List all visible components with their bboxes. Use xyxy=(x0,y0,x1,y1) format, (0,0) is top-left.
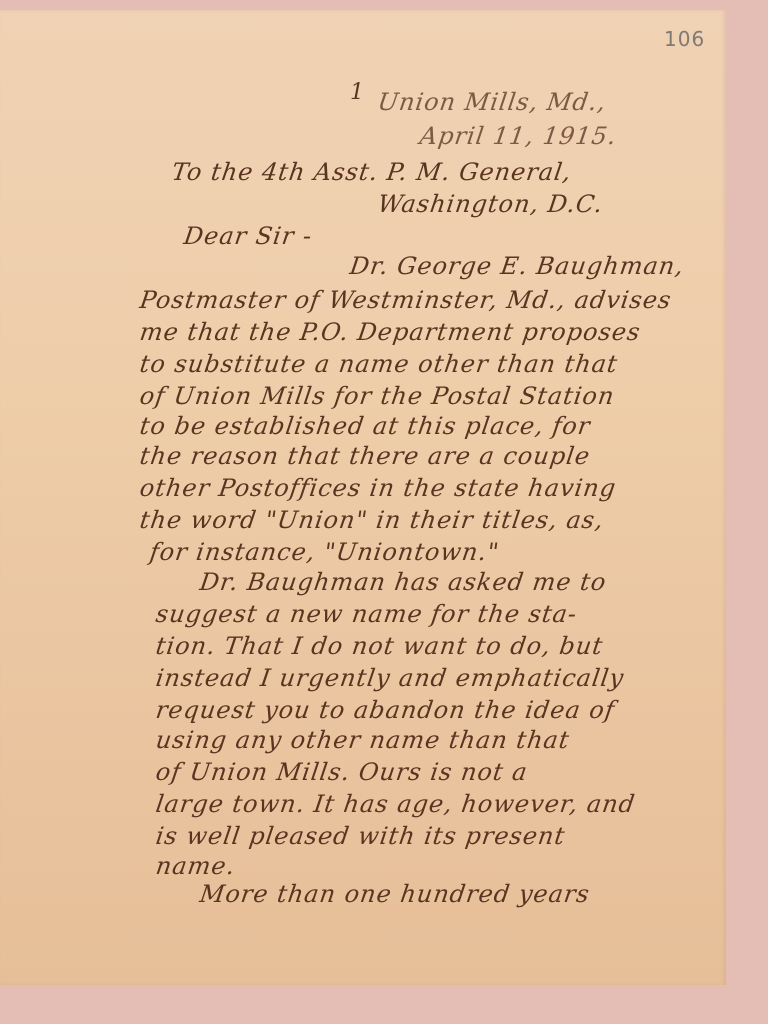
body-line: Dr. Baughman has asked me to xyxy=(198,568,608,596)
body-line: the reason that there are a couple xyxy=(138,442,592,470)
body-line: for instance, "Uniontown." xyxy=(148,538,501,566)
body-line: Postmaster of Westminster, Md., advises xyxy=(138,286,673,314)
sheet-mark: 1 xyxy=(350,80,364,105)
body-line: Dr. George E. Baughman, xyxy=(348,252,686,280)
letter-date: April 11, 1915. xyxy=(418,122,619,150)
body-line: me that the P.O. Department proposes xyxy=(138,318,642,346)
body-line: to substitute a name other than that xyxy=(138,350,620,378)
body-line: is well pleased with its present xyxy=(154,822,567,850)
salutation: Dear Sir - xyxy=(182,222,314,250)
body-line: other Postoffices in the state having xyxy=(138,474,618,502)
page-number: 106 xyxy=(664,27,705,51)
body-line: of Union Mills for the Postal Station xyxy=(138,382,617,410)
body-line: name. xyxy=(154,852,237,880)
body-line: large town. It has age, however, and xyxy=(154,790,637,818)
body-line: tion. That I do not want to do, but xyxy=(154,632,605,660)
addressee-line-2: Washington, D.C. xyxy=(376,190,605,218)
body-line: More than one hundred years xyxy=(198,880,592,908)
addressee-line-1: To the 4th Asst. P. M. General, xyxy=(170,158,573,186)
letter-place: Union Mills, Md., xyxy=(376,88,608,116)
body-line: using any other name than that xyxy=(154,726,572,754)
body-line: suggest a new name for the sta- xyxy=(154,600,579,628)
body-line: to be established at this place, for xyxy=(138,412,592,440)
body-line: of Union Mills. Ours is not a xyxy=(154,758,530,786)
body-line: request you to abandon the idea of xyxy=(154,696,617,724)
body-line: the word "Union" in their titles, as, xyxy=(138,506,606,534)
body-line: instead I urgently and emphatically xyxy=(154,664,626,692)
